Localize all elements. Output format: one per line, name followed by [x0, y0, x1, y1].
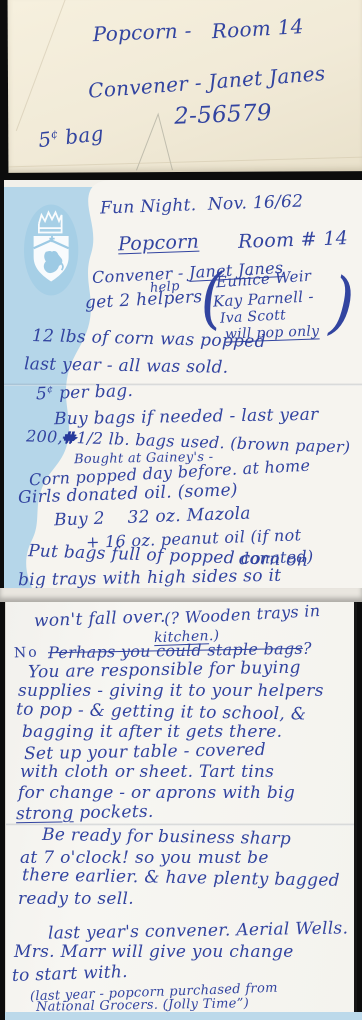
envelope-title: Popcorn - [92, 20, 192, 45]
pencil-mark [136, 114, 172, 170]
helper-name: Iva Scott [220, 308, 287, 326]
note-line: won't fall over. [34, 609, 166, 631]
note-line: bagging it after it gets there. [22, 724, 282, 742]
scan-edge-shadow [354, 602, 357, 1012]
letterhead-page: Fun Night. Nov. 16/62 Popcorn Room # 14 … [4, 180, 362, 592]
strong-word: strong [16, 803, 74, 824]
note-line: Mrs. Marr will give you change [14, 944, 294, 962]
envelope-phone: 2-56579 [174, 101, 273, 129]
question-mark: ? [303, 639, 312, 658]
note-line: to start with. [12, 964, 128, 986]
price-per-bag-line: 5¢ per bag. [36, 382, 134, 404]
page-title: Popcorn [118, 233, 200, 256]
note-page: won't fall over. (? Wooden trays in kitc… [5, 602, 356, 1012]
page-gap [0, 588, 362, 602]
wooden-trays-note: (? Wooden trays in [164, 603, 321, 628]
note-line: last year - all was sold. [24, 356, 229, 377]
bags-count: 200, [26, 426, 63, 446]
scanned-document: Popcorn - Room 14 Convener - Janet Janes… [0, 0, 362, 1020]
note-line: Be ready for business sharp [42, 827, 291, 849]
room-number: Room # 14 [238, 229, 349, 253]
note-line: with cloth or sheet. Tart tins [20, 764, 274, 782]
crown-lion-shield-crest-icon [24, 194, 80, 306]
price-number: 5 [36, 384, 48, 404]
no-annotation: No [14, 646, 39, 662]
note-line: last year's convener. Aerial Wells. [48, 920, 349, 943]
envelope-room: Room 14 [211, 16, 304, 42]
note-line: Set up your table - covered [24, 742, 266, 764]
ink-scratch: # [63, 428, 77, 447]
envelope: Popcorn - Room 14 Convener - Janet Janes… [8, 0, 362, 173]
note-line: ready to sell. [18, 891, 134, 909]
pockets-rest: pockets. [73, 802, 153, 823]
price-rest: per bag. [53, 381, 134, 404]
note-line: to pop - & getting it to school, & [16, 701, 306, 724]
next-page-edge [5, 1012, 362, 1020]
note-line: for change - or aprons with big [18, 785, 295, 803]
strong-pockets-line: strong pockets. [16, 804, 154, 824]
price-unit: bag [57, 121, 104, 150]
note-line: there earlier. & have plenty bagged [22, 867, 340, 890]
note-line: You are responsible for buying [28, 660, 301, 683]
helper-brace-close: ) [328, 266, 356, 339]
note-line: supplies - giving it to your helpers [18, 683, 324, 701]
